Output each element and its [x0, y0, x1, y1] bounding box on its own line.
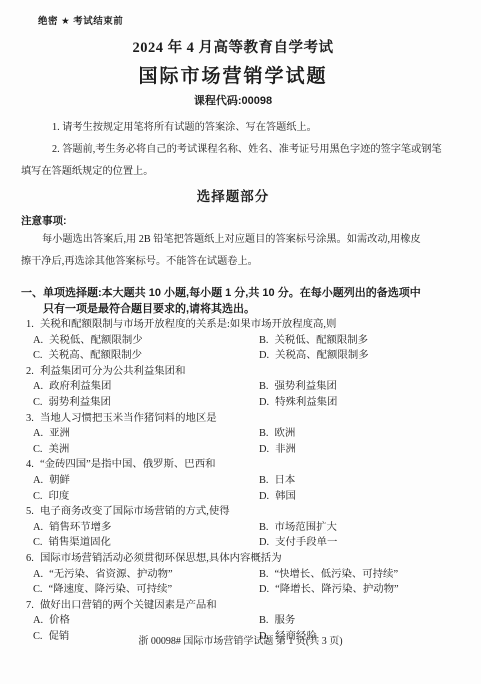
option-label: A. — [33, 381, 43, 392]
page-footer: 浙 00098# 国际市场营销学试题 第 1 页(共 3 页) — [0, 632, 481, 647]
option-text: “降增长、降污染、护动物” — [275, 584, 399, 595]
question-options: A.销售环节增多 B.市场范围扩大 C.销售渠道固化 D.支付手段单一 — [33, 520, 445, 551]
option-text: 政府利益集团 — [49, 381, 111, 392]
option-label: B. — [259, 475, 269, 486]
notes-line: 每小题选出答案后,用 2B 铅笔把答题纸上对应题目的答案标号涂黑。如需改动,用橡… — [21, 229, 445, 251]
option-d: D.特殊利益集团 — [259, 395, 445, 411]
option-c: C.弱势利益集团 — [33, 395, 259, 411]
question-list: 1.关税和配额限制与市场开放程度的关系是:如果市场开放程度高,则 A.关税低、配… — [21, 317, 445, 644]
question-number: 5. — [26, 504, 35, 520]
instruction-line: 2. 答题前,考生务必将自己的考试课程名称、姓名、准考证号用黑色字迹的签字笔或钢… — [21, 139, 445, 161]
option-a: A.亚洲 — [33, 426, 259, 442]
option-label: B. — [259, 428, 269, 439]
part-heading-line: 只有一项是最符合题目要求的,请将其选出。 — [21, 302, 445, 318]
part-heading-line: 一、单项选择题:本大题共 10 小题,每小题 1 分,共 10 分。在每小题列出… — [21, 286, 445, 302]
question-stem-line: 7.做好出口营销的两个关键因素是产品和 — [21, 598, 445, 614]
question: 1.关税和配额限制与市场开放程度的关系是:如果市场开放程度高,则 A.关税低、配… — [21, 317, 445, 364]
option-text: 日本 — [275, 475, 296, 486]
option-d: D.“降增长、降污染、护动物” — [259, 582, 445, 598]
option-text: 亚洲 — [49, 428, 70, 439]
option-label: C. — [33, 584, 43, 595]
question-stem: 国际市场营销活动必须贯彻环保思想,具体内容概括为 — [40, 553, 282, 564]
instruction-line: 填写在答题纸规定的位置上。 — [21, 161, 445, 183]
option-text: 印度 — [49, 491, 70, 502]
option-c: C.关税高、配额限制少 — [33, 348, 259, 364]
option-text: “降速度、降污染、可持续” — [49, 584, 173, 595]
option-b: B.“快增长、低污染、可持续” — [259, 567, 445, 583]
option-text: “快增长、低污染、可持续” — [275, 569, 399, 580]
option-label: D. — [259, 397, 269, 408]
option-a: A.销售环节增多 — [33, 520, 259, 536]
option-label: A. — [33, 569, 43, 580]
question-stem-line: 1.关税和配额限制与市场开放程度的关系是:如果市场开放程度高,则 — [21, 317, 445, 333]
option-a: A.朝鲜 — [33, 473, 259, 489]
course-code: 课程代码:00098 — [21, 92, 445, 108]
option-label: C. — [33, 491, 43, 502]
question-number: 4. — [26, 457, 35, 473]
question-stem: 当地人习惯把玉米当作猪饲料的地区是 — [40, 413, 217, 424]
option-text: 关税低、配额限制少 — [49, 335, 143, 346]
exam-title: 国际市场营销学试题 — [21, 61, 445, 88]
option-label: C. — [33, 537, 43, 548]
option-label: A. — [33, 522, 43, 533]
question: 6.国际市场营销活动必须贯彻环保思想,具体内容概括为 A.“无污染、省资源、护动… — [21, 551, 445, 598]
option-label: B. — [259, 522, 269, 533]
option-text: “无污染、省资源、护动物” — [49, 569, 173, 580]
notes-line: 擦干净后,再选涂其他答案标号。不能答在试题卷上。 — [21, 251, 445, 273]
option-text: 价格 — [49, 615, 70, 626]
option-text: 欧洲 — [275, 428, 296, 439]
option-label: D. — [259, 444, 269, 455]
question-stem: 做好出口营销的两个关键因素是产品和 — [40, 600, 217, 611]
general-instructions: 1. 请考生按规定用笔将所有试题的答案涂、写在答题纸上。 2. 答题前,考生务必… — [21, 117, 445, 183]
option-label: B. — [259, 381, 269, 392]
section-title: 选择题部分 — [21, 185, 445, 205]
option-label: C. — [33, 397, 43, 408]
option-text: 销售渠道固化 — [49, 537, 111, 548]
option-label: A. — [33, 335, 43, 346]
option-label: B. — [259, 335, 269, 346]
question-stem: 关税和配额限制与市场开放程度的关系是:如果市场开放程度高,则 — [40, 319, 336, 330]
question-stem: “金砖四国”是指中国、俄罗斯、巴西和 — [40, 459, 215, 470]
option-text: 强势利益集团 — [275, 381, 337, 392]
option-a: A.关税低、配额限制少 — [33, 333, 259, 349]
option-label: A. — [33, 475, 43, 486]
option-text: 特殊利益集团 — [275, 397, 337, 408]
option-label: A. — [33, 615, 43, 626]
question-number: 1. — [26, 317, 35, 333]
option-a: A.价格 — [33, 613, 259, 629]
question-stem: 利益集团可分为公共利益集团和 — [40, 366, 185, 377]
classification-banner: 绝密 ★ 考试结束前 — [38, 13, 445, 27]
option-text: 服务 — [275, 615, 296, 626]
option-b: B.欧洲 — [259, 426, 445, 442]
option-text: 关税高、配额限制少 — [49, 350, 143, 361]
option-label: B. — [259, 569, 269, 580]
notes-body: 每小题选出答案后,用 2B 铅笔把答题纸上对应题目的答案标号涂黑。如需改动,用橡… — [21, 229, 445, 273]
option-a: A.政府利益集团 — [33, 379, 259, 395]
option-text: 弱势利益集团 — [49, 397, 111, 408]
option-d: D.韩国 — [259, 489, 445, 505]
question-options: A.政府利益集团 B.强势利益集团 C.弱势利益集团 D.特殊利益集团 — [33, 379, 445, 410]
option-d: D.支付手段单一 — [259, 535, 445, 551]
question-stem-line: 5.电子商务改变了国际市场营销的方式,使得 — [21, 504, 445, 520]
option-label: D. — [259, 350, 269, 361]
option-label: A. — [33, 428, 43, 439]
option-text: 美洲 — [49, 444, 70, 455]
question: 3.当地人习惯把玉米当作猪饲料的地区是 A.亚洲 B.欧洲 C.美洲 D.非洲 — [21, 411, 445, 458]
question-stem-line: 4.“金砖四国”是指中国、俄罗斯、巴西和 — [21, 457, 445, 473]
option-text: 销售环节增多 — [49, 522, 111, 533]
question-options: A.朝鲜 B.日本 C.印度 D.韩国 — [33, 473, 445, 504]
option-label: D. — [259, 491, 269, 502]
option-text: 非洲 — [275, 444, 296, 455]
option-d: D.关税高、配额限制多 — [259, 348, 445, 364]
option-text: 关税低、配额限制多 — [275, 335, 369, 346]
question: 5.电子商务改变了国际市场营销的方式,使得 A.销售环节增多 B.市场范围扩大 … — [21, 504, 445, 551]
question: 4.“金砖四国”是指中国、俄罗斯、巴西和 A.朝鲜 B.日本 C.印度 D.韩国 — [21, 457, 445, 504]
option-label: C. — [33, 350, 43, 361]
option-c: C.“降速度、降污染、可持续” — [33, 582, 259, 598]
question-stem-line: 3.当地人习惯把玉米当作猪饲料的地区是 — [21, 411, 445, 427]
question-stem: 电子商务改变了国际市场营销的方式,使得 — [40, 506, 230, 517]
part-one-heading: 一、单项选择题:本大题共 10 小题,每小题 1 分,共 10 分。在每小题列出… — [21, 286, 445, 317]
option-b: B.关税低、配额限制多 — [259, 333, 445, 349]
question-options: A.“无污染、省资源、护动物” B.“快增长、低污染、可持续” C.“降速度、降… — [33, 567, 445, 598]
question-stem-line: 6.国际市场营销活动必须贯彻环保思想,具体内容概括为 — [21, 551, 445, 567]
option-text: 市场范围扩大 — [275, 522, 337, 533]
option-c: C.印度 — [33, 489, 259, 505]
option-b: B.强势利益集团 — [259, 379, 445, 395]
option-label: C. — [33, 444, 43, 455]
option-a: A.“无污染、省资源、护动物” — [33, 567, 259, 583]
option-b: B.服务 — [259, 613, 445, 629]
option-text: 韩国 — [275, 491, 296, 502]
question: 2.利益集团可分为公共利益集团和 A.政府利益集团 B.强势利益集团 C.弱势利… — [21, 364, 445, 411]
option-b: B.市场范围扩大 — [259, 520, 445, 536]
option-text: 朝鲜 — [49, 475, 70, 486]
option-label: D. — [259, 537, 269, 548]
option-d: D.非洲 — [259, 442, 445, 458]
question-options: A.亚洲 B.欧洲 C.美洲 D.非洲 — [33, 426, 445, 457]
question-stem-line: 2.利益集团可分为公共利益集团和 — [21, 364, 445, 380]
option-c: C.销售渠道固化 — [33, 535, 259, 551]
question-number: 6. — [26, 551, 35, 567]
option-label: B. — [259, 615, 269, 626]
option-b: B.日本 — [259, 473, 445, 489]
option-c: C.美洲 — [33, 442, 259, 458]
notes-label: 注意事项: — [21, 213, 445, 228]
option-label: D. — [259, 584, 269, 595]
option-text: 关税高、配额限制多 — [275, 350, 369, 361]
question-number: 7. — [26, 598, 35, 614]
exam-paper-page: 绝密 ★ 考试结束前 2024 年 4 月高等教育自学考试 国际市场营销学试题 … — [0, 0, 481, 684]
exam-session-title: 2024 年 4 月高等教育自学考试 — [21, 36, 445, 57]
question-options: A.关税低、配额限制少 B.关税低、配额限制多 C.关税高、配额限制少 D.关税… — [33, 333, 445, 364]
question-number: 3. — [26, 411, 35, 427]
question-number: 2. — [26, 364, 35, 380]
instruction-line: 1. 请考生按规定用笔将所有试题的答案涂、写在答题纸上。 — [21, 117, 445, 139]
option-text: 支付手段单一 — [275, 537, 337, 548]
